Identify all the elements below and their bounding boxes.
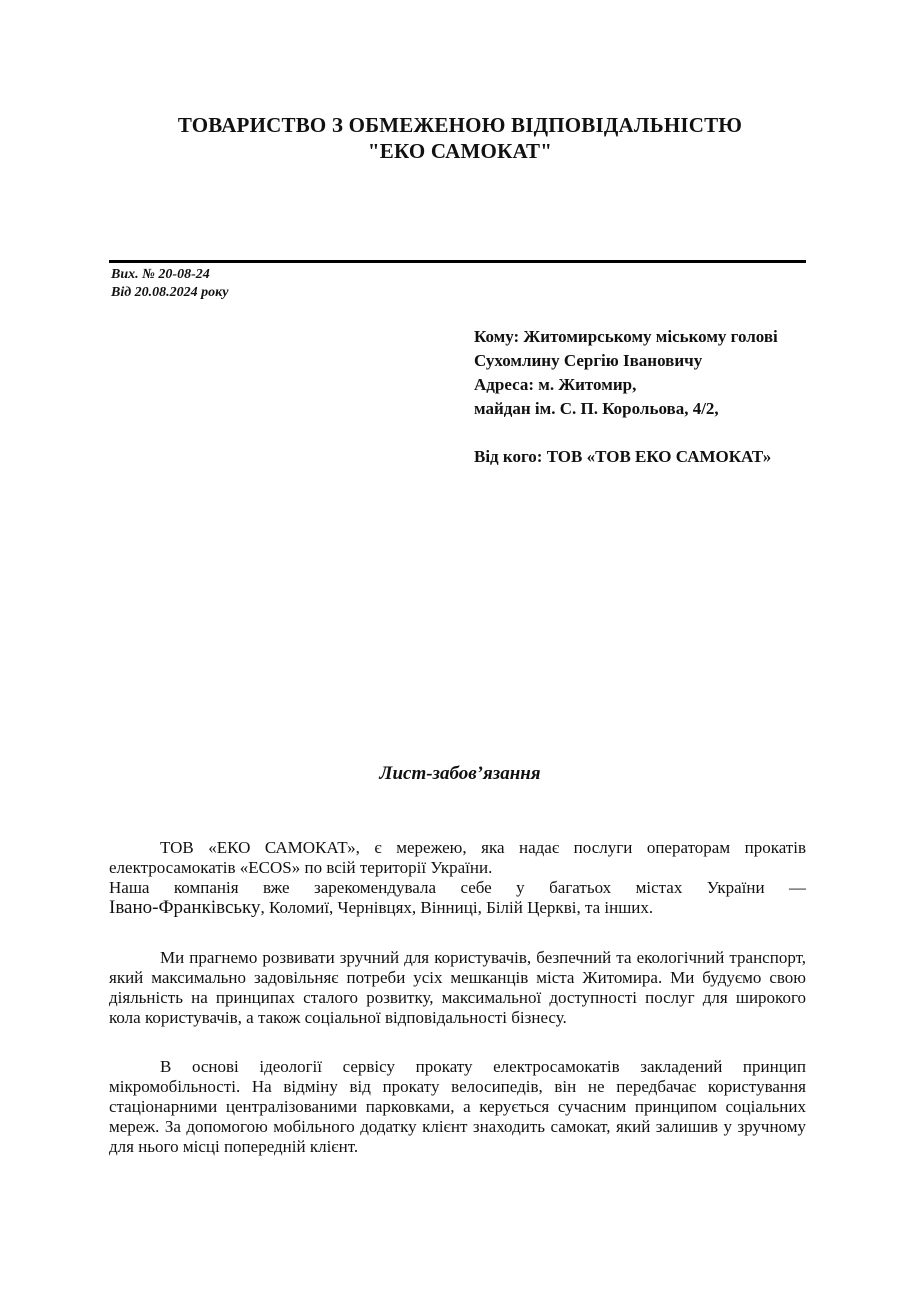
letterhead: ТОВАРИСТВО З ОБМЕЖЕНОЮ ВІДПОВІДАЛЬНІСТЮ … [0,112,920,164]
recipient-address-line1: Адреса: м. Житомир, [474,373,778,397]
paragraph-1: ТОВ «ЕКО САМОКАТ», є мережею, яка надає … [109,838,806,918]
paragraph-2: Ми прагнемо розвивати зручний для корист… [109,948,806,1028]
document-title: Лист-забов’язання [0,763,920,785]
city-ivano-frankivsk: Івано-Франківську [109,897,261,918]
outgoing-date: Від 20.08.2024 року [111,284,228,302]
company-name-line1: ТОВАРИСТВО З ОБМЕЖЕНОЮ ВІДПОВІДАЛЬНІСТЮ [0,112,920,138]
company-name-line2: "ЕКО САМОКАТ" [0,138,920,164]
spacer [474,421,778,445]
city-list-rest: , Коломиї, Чернівцях, Вінниці, Білій Цер… [261,898,654,917]
sender-line: Від кого: ТОВ «ТОВ ЕКО САМОКАТ» [474,445,778,469]
recipient-to-line1: Кому: Житомирському міському голові [474,325,778,349]
recipient-address-line2: майдан ім. С. П. Корольова, 4/2, [474,397,778,421]
paragraph-3: В основі ідеології сервісу прокату елект… [109,1057,806,1157]
recipient-to-line2: Сухомлину Сергію Івановичу [474,349,778,373]
paragraph-1-cities-intro: Наша компанія вже зарекомендувала себе у… [109,878,806,898]
outgoing-reference: Вих. № 20-08-24 Від 20.08.2024 року [111,266,228,302]
paragraph-1-cities: Івано-Франківську, Коломиї, Чернівцях, В… [109,898,806,918]
outgoing-number: Вих. № 20-08-24 [111,266,228,284]
paragraph-1-intro: ТОВ «ЕКО САМОКАТ», є мережею, яка надає … [109,838,806,878]
letterhead-divider [109,260,806,263]
recipient-block: Кому: Житомирському міському голові Сухо… [474,325,778,469]
